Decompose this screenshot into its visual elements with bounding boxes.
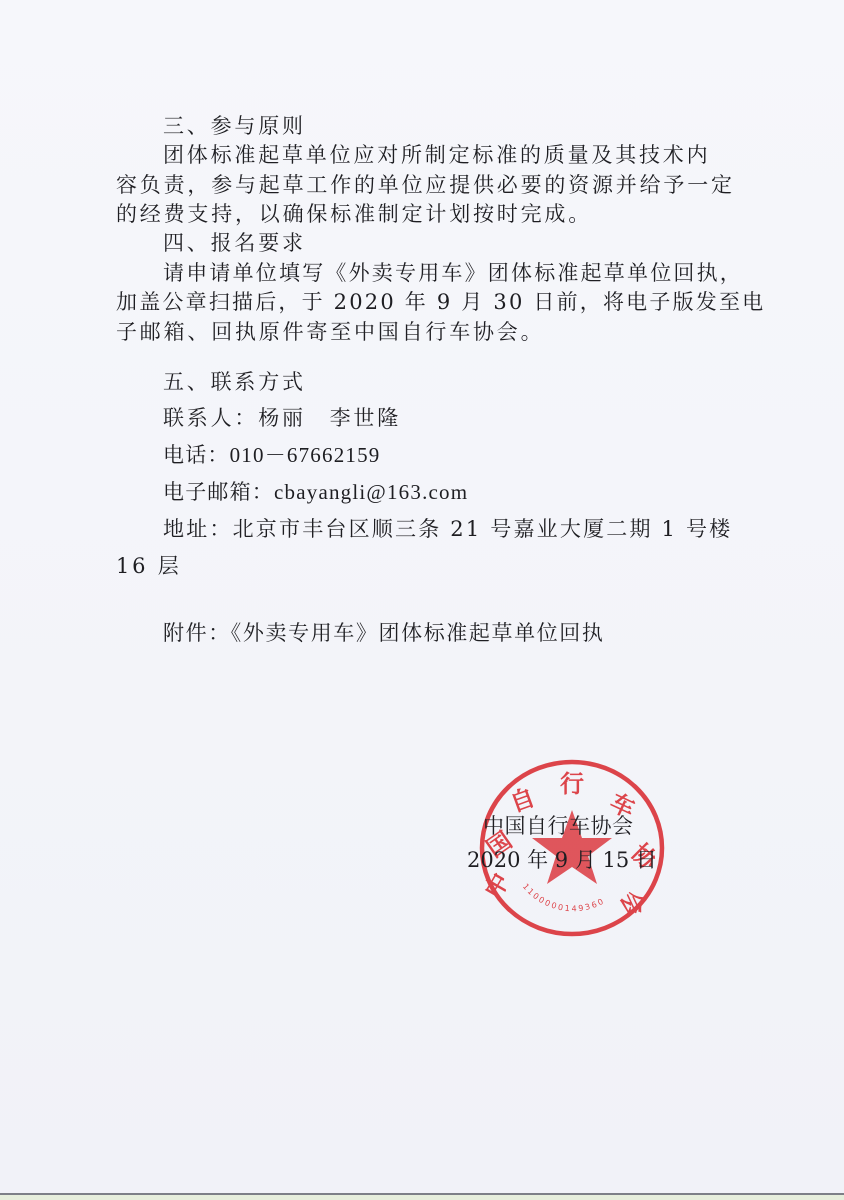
contact-email: 电子邮箱：cbayangli@163.com [163,479,468,505]
paragraph-line: 请申请单位填写《外卖专用车》团体标准起草单位回执， [163,260,743,286]
paragraph-line: 容负责，参与起草工作的单位应提供必要的资源并给予一定 [116,172,735,198]
svg-text:会: 会 [615,886,651,920]
document-page: 三、参与原则 团体标准起草单位应对所制定标准的质量及其技术内 容负责，参与起草工… [0,0,844,1193]
svg-text:1100000149360: 1100000149360 [521,882,607,913]
signing-organization: 中国自行车协会 [483,813,634,839]
contact-address: 地址：北京市丰台区顺三条 21 号嘉业大厦二期 1 号楼 [163,516,732,542]
contact-address-continued: 16 层 [116,553,182,579]
paragraph-line: 团体标准起草单位应对所制定标准的质量及其技术内 [163,142,710,168]
paragraph-line: 加盖公章扫描后，于 2020 年 9 月 30 日前，将电子版发至电 [116,289,765,315]
section-heading-contact-info: 五、联系方式 [163,369,306,395]
contact-phone: 电话：010－67662159 [163,442,381,468]
signing-date: 2020 年 9 月 15 日 [467,847,657,873]
attachment-note: 附件：《外卖专用车》团体标准起草单位回执 [163,620,605,646]
scan-background [0,1195,844,1200]
section-heading-participation-principles: 三、参与原则 [163,113,306,139]
svg-text:行: 行 [560,769,584,798]
paragraph-line: 子邮箱、回执原件寄至中国自行车协会。 [116,319,544,345]
section-heading-registration-requirements: 四、报名要求 [163,230,306,256]
paragraph-line: 的经费支持，以确保标准制定计划按时完成。 [116,201,592,227]
contact-person: 联系人：杨丽 李世隆 [163,405,401,431]
